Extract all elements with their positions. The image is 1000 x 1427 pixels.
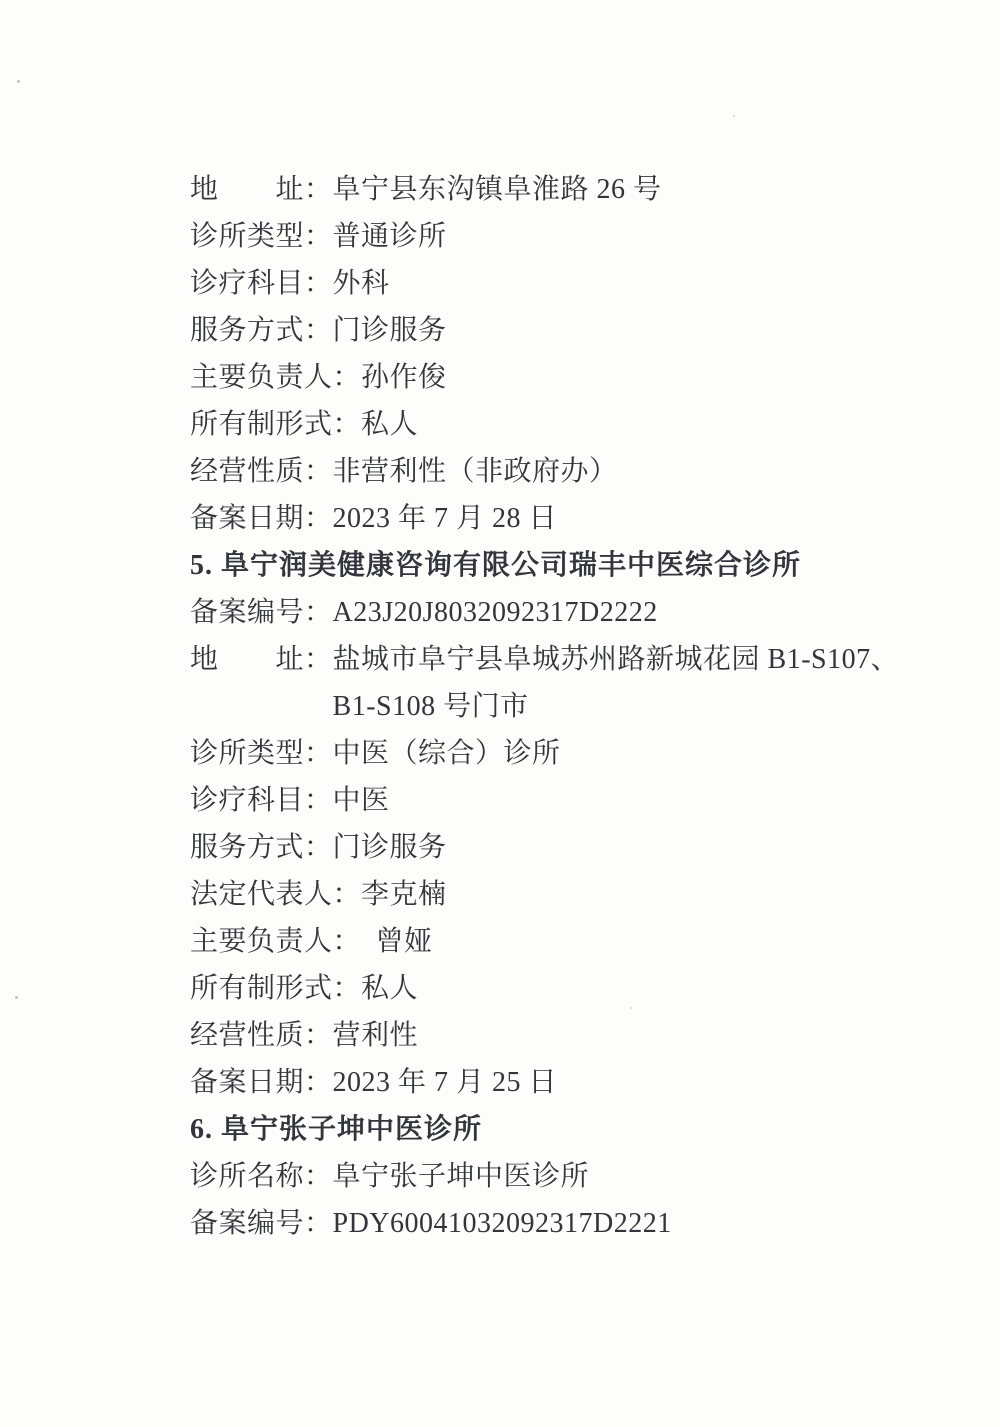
field-value: 盐城市阜宁县阜城苏州路新城花园 B1-S107、 B1-S108 号门市 (333, 636, 900, 730)
field-label: 所有制形式： (190, 401, 361, 448)
field-label: 地 址： (190, 166, 333, 213)
field-value: 门诊服务 (333, 824, 447, 871)
field-row-filing-number: 备案编号： PDY60041032092317D2221 (190, 1200, 900, 1247)
field-row-ownership: 所有制形式： 私人 (190, 965, 900, 1012)
field-row-departments: 诊疗科目： 中医 (190, 777, 900, 824)
field-row-principal: 主要负责人： 孙作俊 (190, 354, 900, 401)
field-value: 曾娅 (361, 918, 433, 965)
field-value: 私人 (361, 965, 418, 1012)
field-label: 经营性质： (190, 1012, 333, 1059)
field-label: 诊疗科目： (190, 777, 333, 824)
field-value: 私人 (361, 401, 418, 448)
field-label: 经营性质： (190, 448, 333, 495)
field-label: 诊所类型： (190, 730, 333, 777)
scan-speck (17, 80, 20, 83)
field-value: 李克楠 (361, 871, 447, 918)
field-row-ownership: 所有制形式： 私人 (190, 401, 900, 448)
field-row-principal: 主要负责人： 曾娅 (190, 918, 900, 965)
field-value: 2023 年 7 月 28 日 (333, 495, 558, 542)
field-value: A23J20J8032092317D2222 (333, 589, 658, 636)
field-value: 营利性 (333, 1012, 419, 1059)
field-row-clinic-type: 诊所类型： 中医（综合）诊所 (190, 730, 900, 777)
scan-speck (733, 115, 735, 117)
field-row-legal-representative: 法定代表人： 李克楠 (190, 871, 900, 918)
field-row-address: 地 址： 盐城市阜宁县阜城苏州路新城花园 B1-S107、 B1-S108 号门… (190, 636, 900, 730)
field-value: 2023 年 7 月 25 日 (333, 1059, 558, 1106)
field-label: 备案日期： (190, 495, 333, 542)
scan-speck (15, 996, 18, 999)
field-value: 门诊服务 (333, 307, 447, 354)
field-label: 所有制形式： (190, 965, 361, 1012)
field-value: 普通诊所 (333, 213, 447, 260)
field-label: 诊所名称： (190, 1153, 333, 1200)
field-label: 备案日期： (190, 1059, 333, 1106)
field-value: PDY60041032092317D2221 (333, 1200, 672, 1247)
address-line-2: B1-S108 号门市 (333, 683, 900, 730)
field-row-departments: 诊疗科目： 外科 (190, 260, 900, 307)
field-label: 备案编号： (190, 1200, 333, 1247)
field-label: 法定代表人： (190, 871, 361, 918)
field-value: 阜宁张子坤中医诊所 (333, 1153, 590, 1200)
field-value: 中医（综合）诊所 (333, 730, 561, 777)
field-label: 诊疗科目： (190, 260, 333, 307)
field-value: 孙作俊 (361, 354, 447, 401)
field-row-filing-date: 备案日期： 2023 年 7 月 25 日 (190, 1059, 900, 1106)
field-value: 外科 (333, 260, 390, 307)
field-row-address: 地 址： 阜宁县东沟镇阜淮路 26 号 (190, 166, 900, 213)
document-content: 地 址： 阜宁县东沟镇阜淮路 26 号 诊所类型： 普通诊所 诊疗科目： 外科 … (190, 166, 900, 1247)
field-label: 备案编号： (190, 589, 333, 636)
address-line-1: 盐城市阜宁县阜城苏州路新城花园 B1-S107、 (333, 636, 900, 683)
field-label: 服务方式： (190, 824, 333, 871)
field-label: 主要负责人： (190, 918, 361, 965)
field-row-service-mode: 服务方式： 门诊服务 (190, 824, 900, 871)
field-label: 诊所类型： (190, 213, 333, 260)
field-label: 服务方式： (190, 307, 333, 354)
field-row-filing-number: 备案编号： A23J20J8032092317D2222 (190, 589, 900, 636)
field-value: 阜宁县东沟镇阜淮路 26 号 (333, 166, 662, 213)
field-row-filing-date: 备案日期： 2023 年 7 月 28 日 (190, 495, 900, 542)
field-label: 地 址： (190, 636, 333, 683)
field-value: 中医 (333, 777, 390, 824)
field-row-operating-nature: 经营性质： 营利性 (190, 1012, 900, 1059)
field-value: 非营利性（非政府办） (333, 448, 618, 495)
entry6-heading: 6. 阜宁张子坤中医诊所 (190, 1106, 900, 1153)
entry5-heading: 5. 阜宁润美健康咨询有限公司瑞丰中医综合诊所 (190, 542, 900, 589)
field-row-operating-nature: 经营性质： 非营利性（非政府办） (190, 448, 900, 495)
document-page: 地 址： 阜宁县东沟镇阜淮路 26 号 诊所类型： 普通诊所 诊疗科目： 外科 … (0, 0, 1000, 1427)
field-label: 主要负责人： (190, 354, 361, 401)
field-row-clinic-type: 诊所类型： 普通诊所 (190, 213, 900, 260)
field-row-clinic-name: 诊所名称： 阜宁张子坤中医诊所 (190, 1153, 900, 1200)
field-row-service-mode: 服务方式： 门诊服务 (190, 307, 900, 354)
